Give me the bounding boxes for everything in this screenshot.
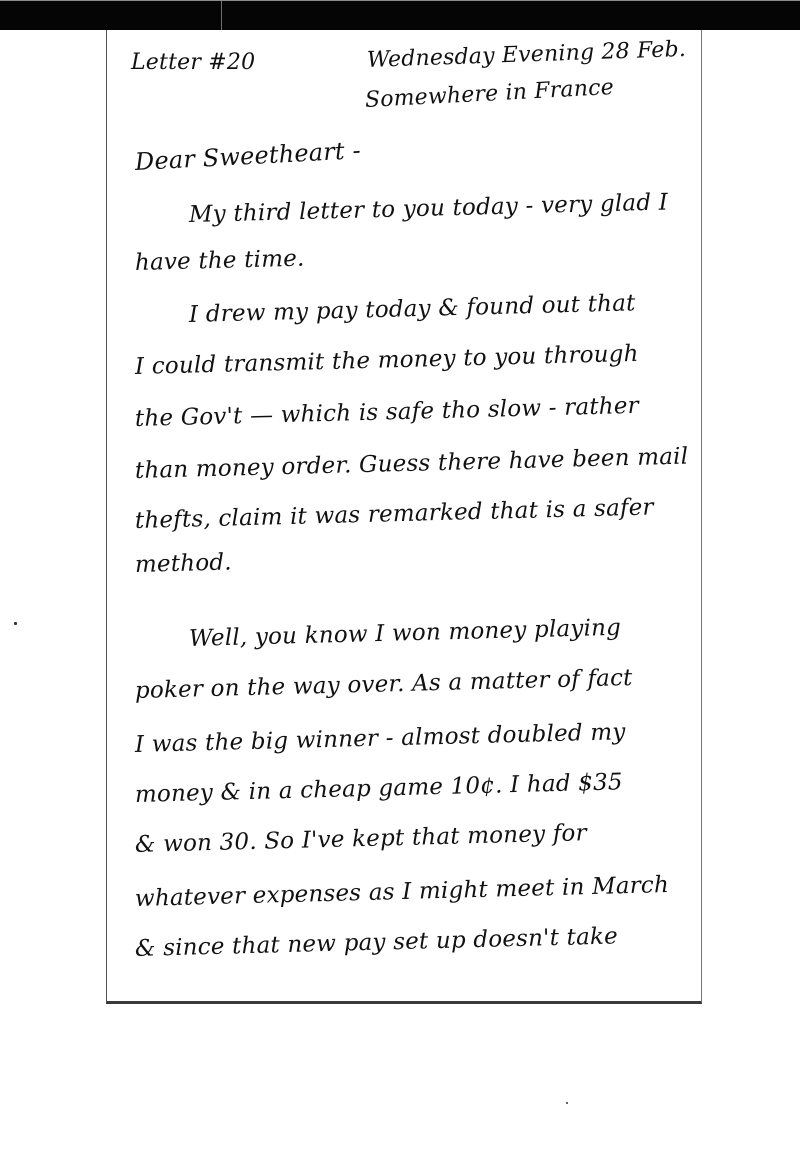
letter-line: than money order. Guess there have been … — [135, 444, 689, 484]
letter-line: thefts, claim it was remarked that is a … — [135, 494, 654, 534]
letter-line: method. — [135, 549, 232, 578]
letter-line: & won 30. So I've kept that money for — [135, 820, 587, 858]
letter-line: money & in a cheap game 10¢. I had $35 — [135, 769, 623, 808]
location-line: Somewhere in France — [364, 75, 614, 113]
scan-top-bar — [0, 0, 800, 30]
letter-line: I was the big winner - almost doubled my — [135, 719, 626, 758]
letter-line: I drew my pay today & found out that — [189, 290, 636, 328]
letter-line: Well, you know I won money playing — [189, 615, 622, 652]
scan-speck — [14, 622, 17, 625]
date-line: Wednesday Evening 28 Feb. — [367, 37, 687, 73]
letter-line: & since that new pay set up doesn't take — [135, 923, 619, 962]
letter-line: whatever expenses as I might meet in Mar… — [135, 872, 670, 912]
letter-line: the Gov't — which is safe tho slow - rat… — [135, 393, 639, 432]
letter-line: My third letter to you today - very glad… — [189, 189, 669, 228]
scan-top-bar-divider — [221, 1, 222, 30]
letter-page: Letter #20 Wednesday Evening 28 Feb. Som… — [106, 30, 702, 1004]
letter-line: have the time. — [135, 246, 305, 276]
greeting: Dear Sweetheart - — [134, 136, 361, 176]
letter-line: poker on the way over. As a matter of fa… — [135, 665, 633, 704]
letter-number: Letter #20 — [131, 50, 255, 75]
letter-line: I could transmit the money to you throug… — [135, 341, 639, 380]
scan-speck — [566, 1102, 568, 1104]
